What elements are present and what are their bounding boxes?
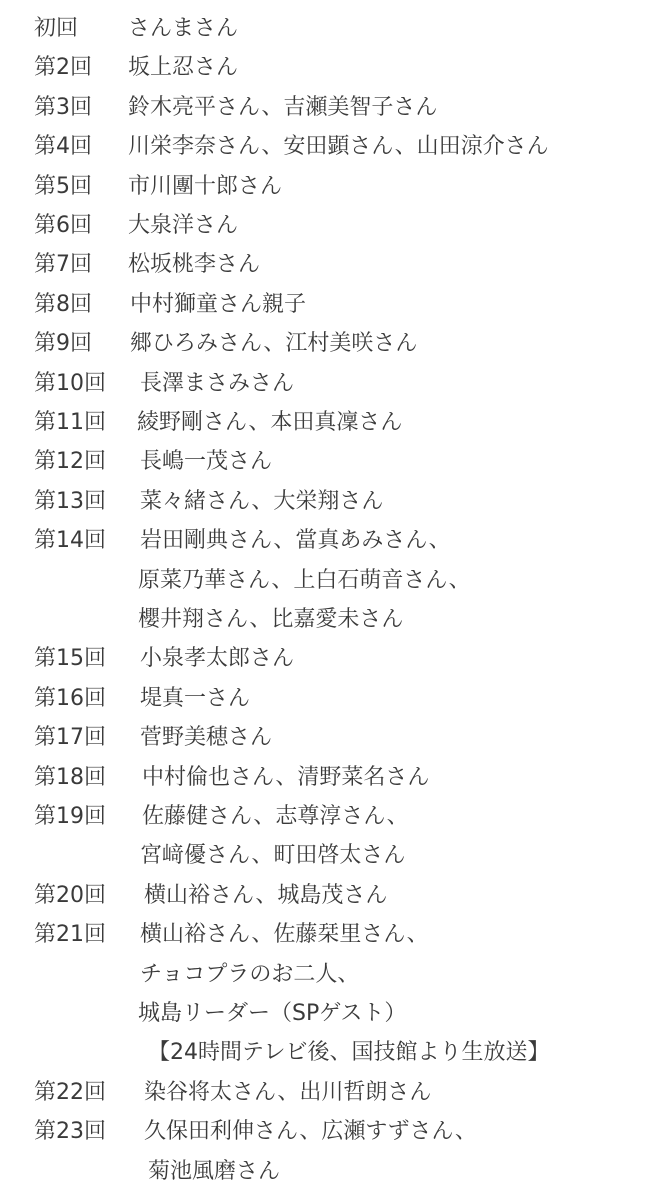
guest-names: 中村獅童さん親子 <box>130 285 306 324</box>
episode-label: 第13回 <box>34 482 106 521</box>
guest-names: チョコプラのお二人、 <box>140 955 359 994</box>
list-item: 第16回堤真一さん <box>0 679 657 718</box>
guest-names: 宮﨑優さん、町田啓太さん <box>140 836 405 875</box>
guest-names: 市川團十郎さん <box>128 167 282 206</box>
guest-names: 【24時間テレビ後、国技館より生放送】 <box>148 1033 550 1072</box>
episode-label: 第18回 <box>34 758 106 797</box>
episode-label: 第11回 <box>34 403 106 442</box>
episode-label: 第7回 <box>34 245 92 284</box>
episode-label: 第23回 <box>34 1112 106 1151</box>
list-item: 初回さんまさん <box>0 9 657 48</box>
episode-label: 第4回 <box>34 127 92 166</box>
guest-names: 長澤まさみさん <box>140 364 294 403</box>
list-item: チョコプラのお二人、 <box>0 955 657 994</box>
episode-label: 第15回 <box>34 639 106 678</box>
guest-names: 城島リーダー（SPゲスト） <box>138 994 406 1033</box>
episode-label: 第17回 <box>34 718 106 757</box>
list-item: 第6回大泉洋さん <box>0 206 657 245</box>
guest-names: 郷ひろみさん、江村美咲さん <box>130 324 417 363</box>
list-item: 第8回中村獅童さん親子 <box>0 285 657 324</box>
list-item: 菊池風磨さん <box>0 1152 657 1191</box>
episode-label: 第9回 <box>34 324 92 363</box>
episode-label: 第3回 <box>34 88 92 127</box>
list-item: 第22回染谷将太さん、出川哲朗さん <box>0 1073 657 1112</box>
episode-label: 第21回 <box>34 915 106 954</box>
list-item: 第20回横山裕さん、城島茂さん <box>0 876 657 915</box>
episode-label: 第5回 <box>34 167 92 206</box>
list-item: 第17回菅野美穂さん <box>0 718 657 757</box>
guest-names: 久保田利伸さん、広瀬すずさん、 <box>144 1112 477 1151</box>
episode-label: 第22回 <box>34 1073 106 1112</box>
episode-label: 第19回 <box>34 797 106 836</box>
list-item: 第13回菜々緒さん、大栄翔さん <box>0 482 657 521</box>
list-item: 第5回市川團十郎さん <box>0 167 657 206</box>
guest-names: 坂上忍さん <box>128 48 238 87</box>
list-item: 第11回綾野剛さん、本田真凜さん <box>0 403 657 442</box>
guest-names: 長嶋一茂さん <box>140 442 272 481</box>
episode-label: 第16回 <box>34 679 106 718</box>
list-item: 第4回川栄李奈さん、安田顕さん、山田涼介さん <box>0 127 657 166</box>
list-item: 第10回長澤まさみさん <box>0 364 657 403</box>
guest-names: 小泉孝太郎さん <box>140 639 294 678</box>
list-item: 第15回小泉孝太郎さん <box>0 639 657 678</box>
guest-names: 菜々緒さん、大栄翔さん <box>140 482 383 521</box>
list-item: 原菜乃華さん、上白石萌音さん、 <box>0 561 657 600</box>
list-item: 第3回鈴木亮平さん、吉瀬美智子さん <box>0 88 657 127</box>
guest-names: 染谷将太さん、出川哲朗さん <box>144 1073 431 1112</box>
guest-names: 菅野美穂さん <box>140 718 272 757</box>
guest-names: 中村倫也さん、清野菜名さん <box>142 758 429 797</box>
guest-names: 川栄李奈さん、安田顕さん、山田涼介さん <box>128 127 549 166</box>
episode-label: 第14回 <box>34 521 106 560</box>
guest-names: さんまさん <box>128 9 238 48</box>
guest-names: 松坂桃李さん <box>128 245 260 284</box>
guest-names: 菊池風磨さん <box>148 1152 280 1191</box>
guest-names: 横山裕さん、佐藤栞里さん、 <box>140 915 429 954</box>
episode-label: 第20回 <box>34 876 106 915</box>
list-item: 第23回久保田利伸さん、広瀬すずさん、 <box>0 1112 657 1151</box>
list-item: 第7回松坂桃李さん <box>0 245 657 284</box>
guest-names: 大泉洋さん <box>128 206 238 245</box>
guest-names: 鈴木亮平さん、吉瀬美智子さん <box>128 88 437 127</box>
episode-label: 初回 <box>34 9 78 48</box>
guest-names: 原菜乃華さん、上白石萌音さん、 <box>138 561 471 600</box>
list-item: 城島リーダー（SPゲスト） <box>0 994 657 1033</box>
list-item: 第2回坂上忍さん <box>0 48 657 87</box>
guest-names: 横山裕さん、城島茂さん <box>144 876 387 915</box>
guest-names: 岩田剛典さん、當真あみさん、 <box>140 521 451 560</box>
episode-label: 第6回 <box>34 206 92 245</box>
list-item: 【24時間テレビ後、国技館より生放送】 <box>0 1033 657 1072</box>
episode-label: 第10回 <box>34 364 106 403</box>
episode-label: 第12回 <box>34 442 106 481</box>
guest-names: 綾野剛さん、本田真凜さん <box>137 403 402 442</box>
list-item: 第19回佐藤健さん、志尊淳さん、 <box>0 797 657 836</box>
episode-label: 第8回 <box>34 285 92 324</box>
episode-label: 第2回 <box>34 48 92 87</box>
list-item: 第18回中村倫也さん、清野菜名さん <box>0 758 657 797</box>
list-item: 第21回横山裕さん、佐藤栞里さん、 <box>0 915 657 954</box>
list-item: 第9回郷ひろみさん、江村美咲さん <box>0 324 657 363</box>
guest-names: 佐藤健さん、志尊淳さん、 <box>142 797 409 836</box>
guest-names: 堤真一さん <box>140 679 250 718</box>
list-item: 第12回長嶋一茂さん <box>0 442 657 481</box>
guest-names: 櫻井翔さん、比嘉愛未さん <box>138 600 403 639</box>
list-item: 第14回岩田剛典さん、當真あみさん、 <box>0 521 657 560</box>
list-item: 櫻井翔さん、比嘉愛未さん <box>0 600 657 639</box>
list-item: 宮﨑優さん、町田啓太さん <box>0 836 657 875</box>
